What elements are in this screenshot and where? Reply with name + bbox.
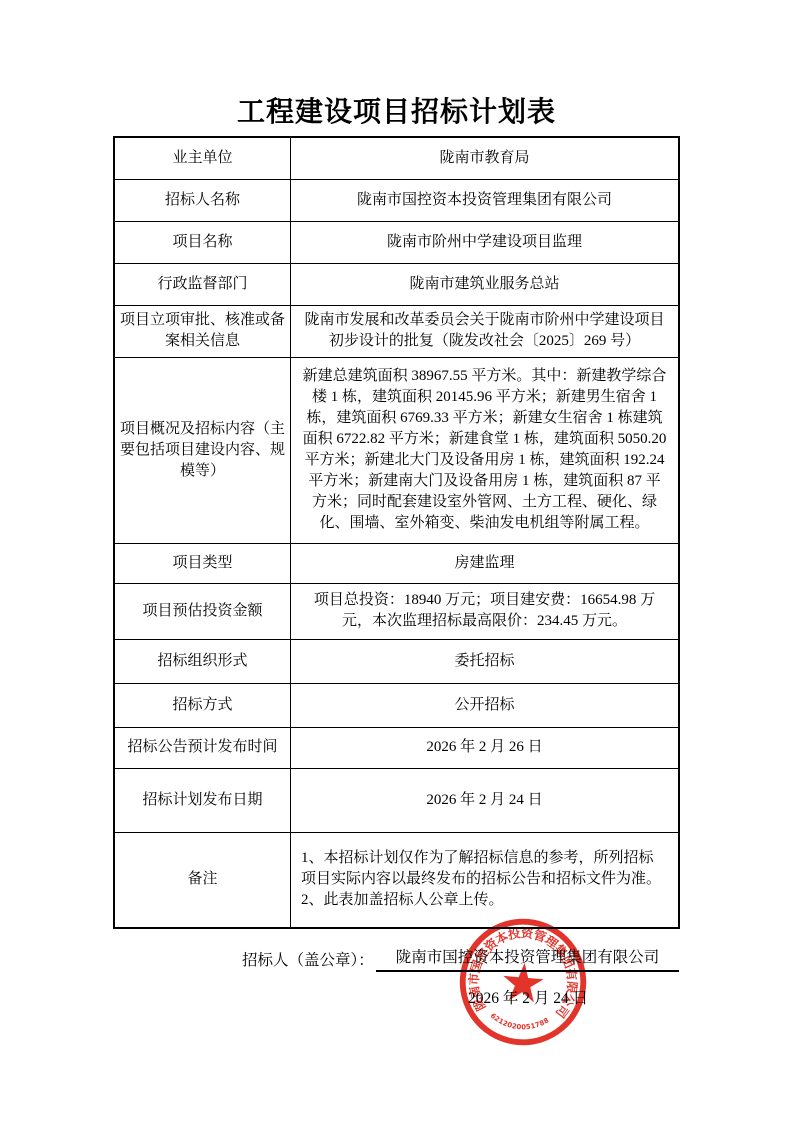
row-label: 业主单位: [114, 137, 291, 179]
seal-number-text: 6212020051788: [488, 1011, 551, 1034]
row-value: 陇南市国控资本投资管理集团有限公司: [291, 179, 680, 221]
row-label: 招标方式: [114, 683, 291, 727]
table-row: 项目立项审批、核准或备案相关信息 陇南市发展和改革委员会关于陇南市阶州中学建设项…: [114, 305, 679, 357]
row-label: 项目立项审批、核准或备案相关信息: [114, 305, 291, 357]
table-row: 备注 1、本招标计划仅作为了解招标信息的参考，所列招标项目实际内容以最终发布的招…: [114, 832, 679, 928]
table-row: 行政监督部门 陇南市建筑业服务总站: [114, 263, 679, 305]
table-row: 招标人名称 陇南市国控资本投资管理集团有限公司: [114, 179, 679, 221]
bidding-plan-table: 业主单位 陇南市教育局 招标人名称 陇南市国控资本投资管理集团有限公司 项目名称…: [113, 136, 680, 929]
row-label: 招标人名称: [114, 179, 291, 221]
table-row: 项目类型 房建监理: [114, 543, 679, 583]
signer-label: 招标人（盖公章）：: [242, 950, 374, 972]
table-row: 招标方式 公开招标: [114, 683, 679, 727]
table-row: 项目名称 陇南市阶州中学建设项目监理: [114, 221, 679, 263]
row-label: 招标组织形式: [114, 639, 291, 683]
row-value: 陇南市建筑业服务总站: [291, 263, 680, 305]
table-row: 招标公告预计发布时间 2026 年 2 月 26 日: [114, 727, 679, 768]
row-value: 2026 年 2 月 26 日: [291, 727, 680, 768]
official-seal-stamp: 陇南市国控资本投资管理集团有限公司 6212020051788: [454, 913, 593, 1052]
row-value: 委托招标: [291, 639, 680, 683]
document-page: 工程建设项目招标计划表 业主单位 陇南市教育局 招标人名称 陇南市国控资本投资管…: [0, 0, 793, 1122]
seal-ring: [458, 917, 589, 1048]
table-row: 招标组织形式 委托招标: [114, 639, 679, 683]
row-value: 房建监理: [291, 543, 680, 583]
row-label: 招标计划发布日期: [114, 768, 291, 832]
page-title: 工程建设项目招标计划表: [0, 0, 793, 129]
row-label: 招标公告预计发布时间: [114, 727, 291, 768]
table-row: 招标计划发布日期 2026 年 2 月 24 日: [114, 768, 679, 832]
row-value: 新建总建筑面积 38967.55 平方米。其中：新建教学综合楼 1 栋，建筑面积…: [291, 357, 680, 543]
signature-line: 招标人（盖公章）： 陇南市国控资本投资管理集团有限公司: [242, 947, 679, 972]
row-value: 公开招标: [291, 683, 680, 727]
row-value: 项目总投资：18940 万元；项目建安费：16654.98 万元，本次监理招标最…: [291, 583, 680, 639]
row-label: 行政监督部门: [114, 263, 291, 305]
row-value: 2026 年 2 月 24 日: [291, 768, 680, 832]
row-label: 项目类型: [114, 543, 291, 583]
row-label: 项目预估投资金额: [114, 583, 291, 639]
row-value: 陇南市教育局: [291, 137, 680, 179]
row-label: 项目名称: [114, 221, 291, 263]
table-row: 业主单位 陇南市教育局: [114, 137, 679, 179]
row-label: 项目概况及招标内容（主要包括项目建设内容、规模等）: [114, 357, 291, 543]
table-row: 项目预估投资金额 项目总投资：18940 万元；项目建安费：16654.98 万…: [114, 583, 679, 639]
row-value: 陇南市发展和改革委员会关于陇南市阶州中学建设项目初步设计的批复（陇发改社会〔20…: [291, 305, 680, 357]
svg-text:6212020051788: 6212020051788: [488, 1011, 551, 1034]
row-value: 1、本招标计划仅作为了解招标信息的参考，所列招标项目实际内容以最终发布的招标公告…: [291, 832, 680, 928]
signer-company-name: 陇南市国控资本投资管理集团有限公司: [376, 947, 680, 972]
signature-date: 2026 年 2 月 24 日: [468, 986, 588, 1008]
table-row: 项目概况及招标内容（主要包括项目建设内容、规模等） 新建总建筑面积 38967.…: [114, 357, 679, 543]
row-label: 备注: [114, 832, 291, 928]
row-value: 陇南市阶州中学建设项目监理: [291, 221, 680, 263]
